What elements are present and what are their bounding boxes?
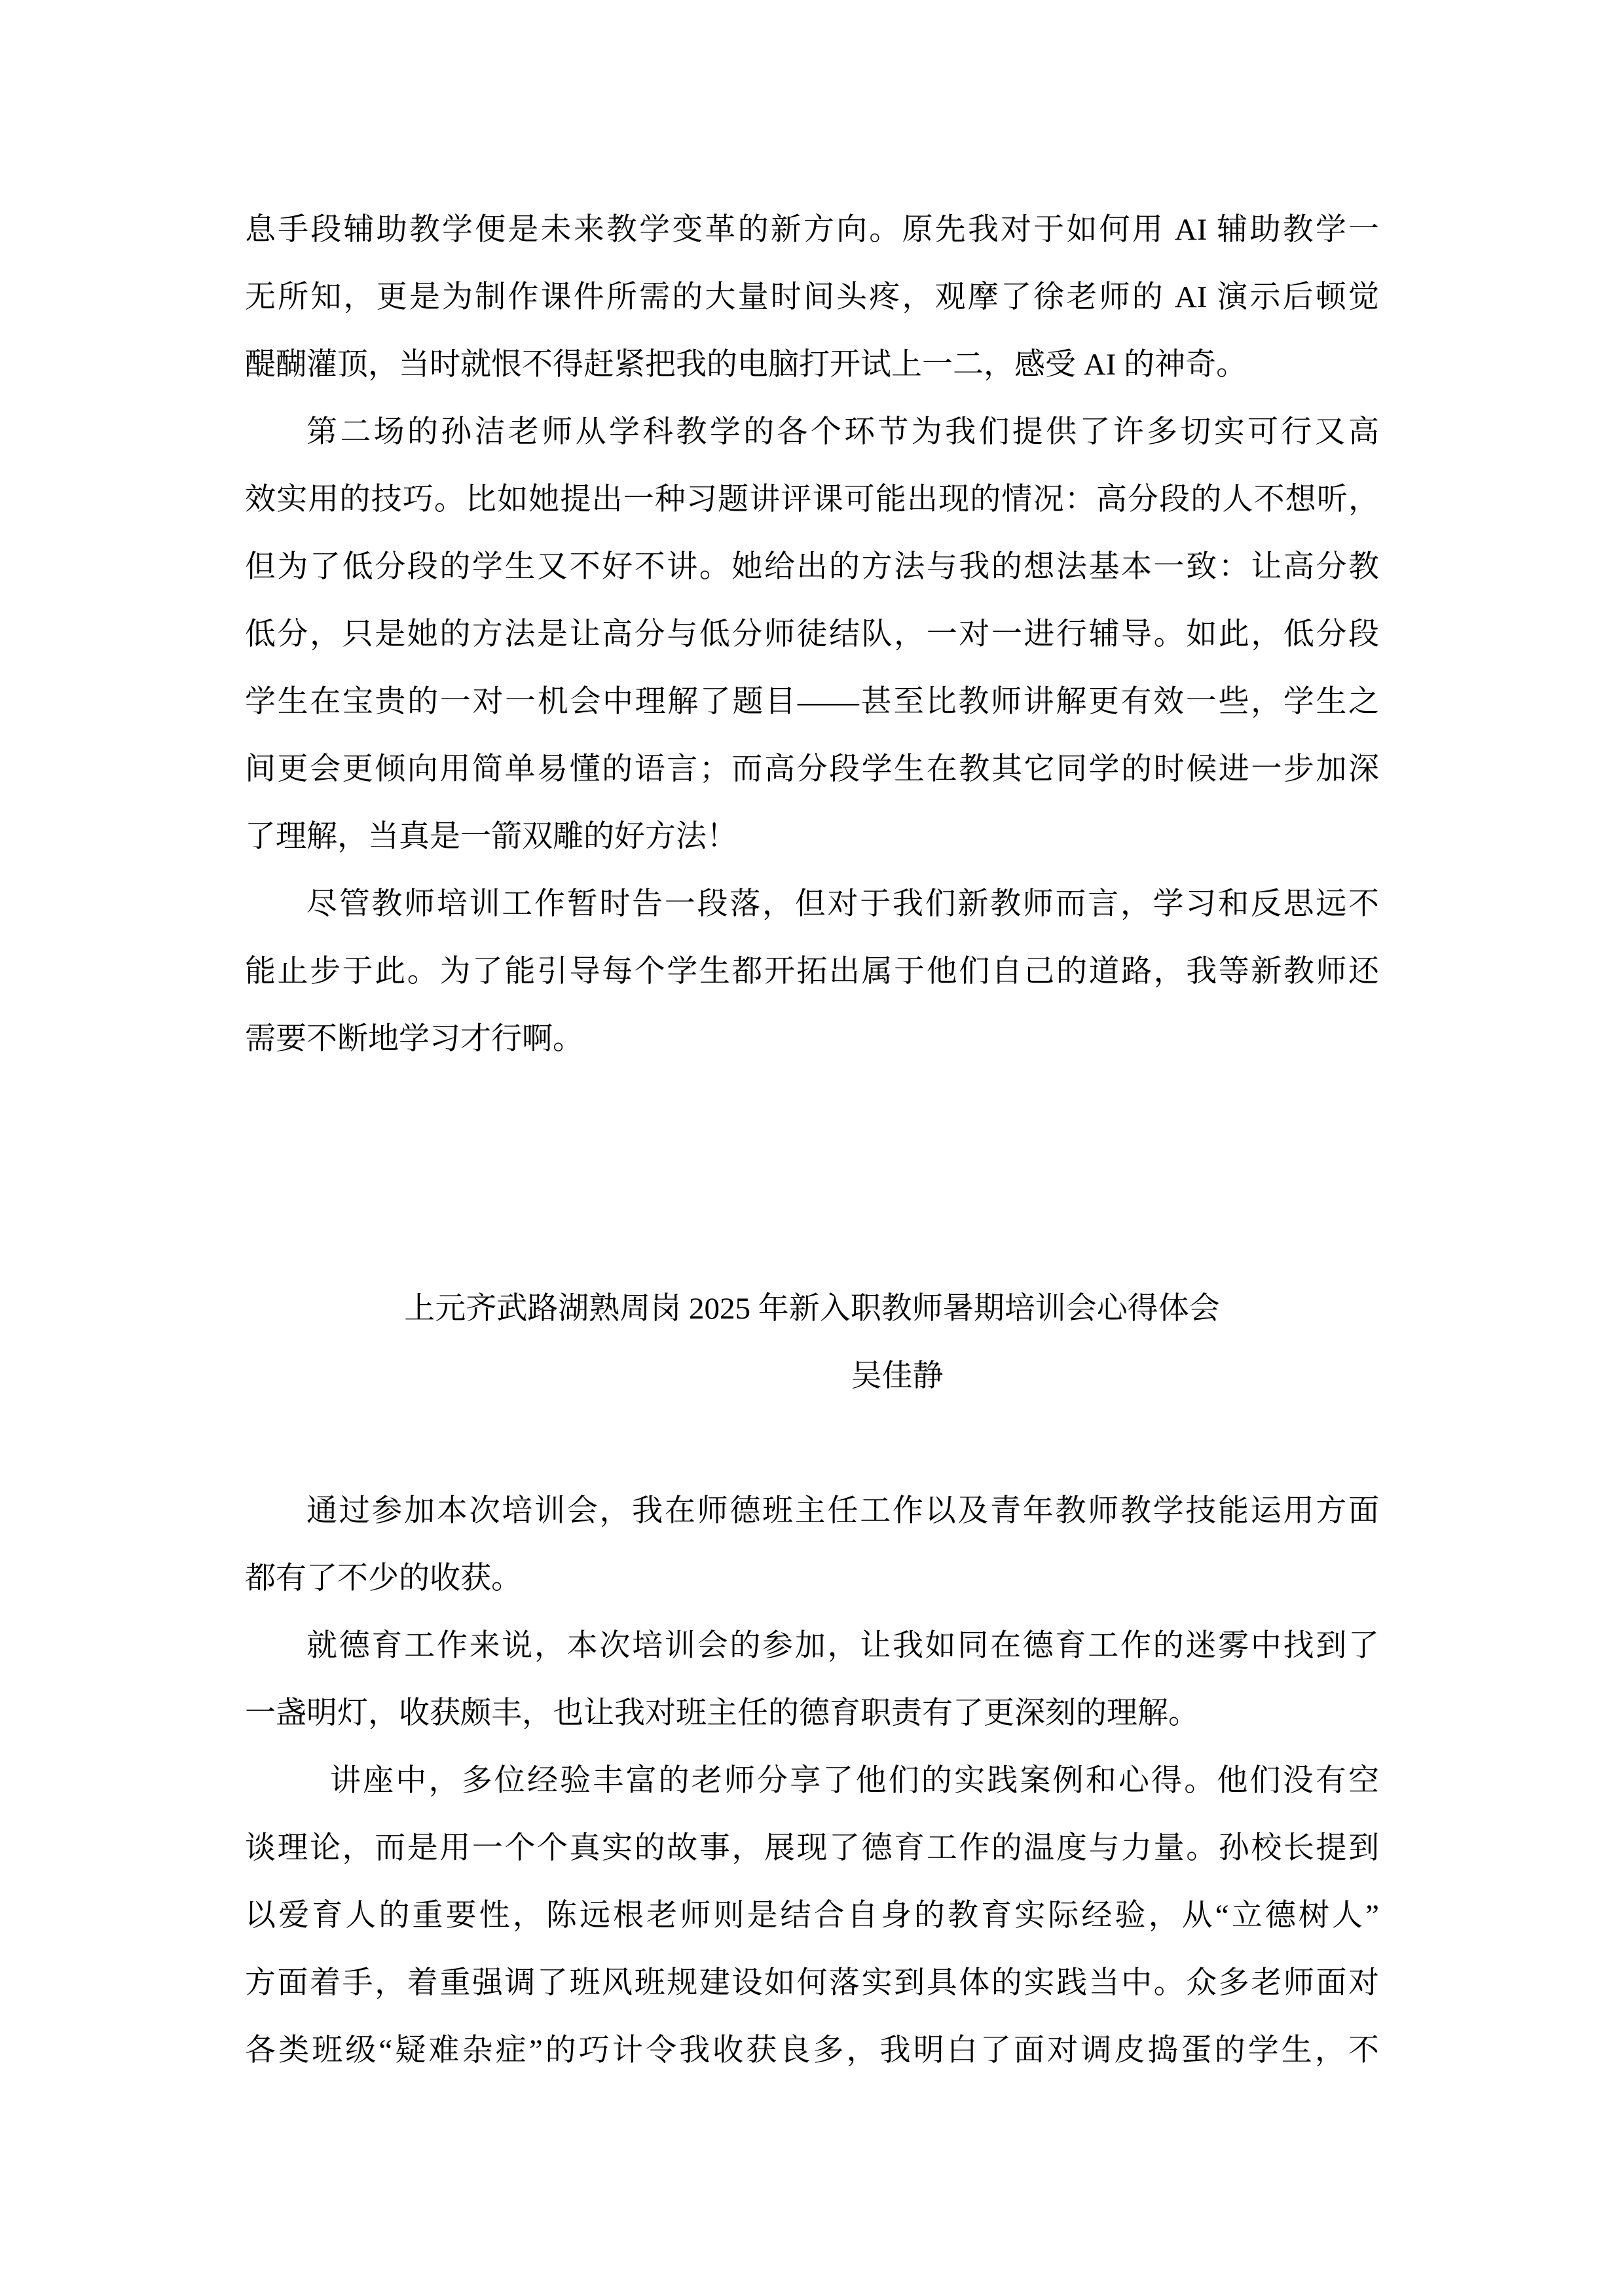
body-line: 第二场的孙洁老师从学科教学的各个环节为我们提供了许多切实可行又高 — [245, 399, 1379, 466]
document-page: 息手段辅助教学便是未来教学变革的新方向。原先我对于如何用 AI 辅助教学一 无所… — [0, 0, 1624, 2296]
body-line: 醍醐灌顶，当时就恨不得赶紧把我的电脑打开试上一二，感受 AI 的神奇。 — [245, 331, 1379, 399]
body-line: 方面着手，着重强调了班风班规建设如何落实到具体的实践当中。众多老师面对 — [245, 1950, 1379, 2017]
body-line: 效实用的技巧。比如她提出一种习题讲评课可能出现的情况：高分段的人不想听， — [245, 466, 1379, 534]
body-line: 一盏明灯，收获颇丰，也让我对班主任的德育职责有了更深刻的理解。 — [245, 1680, 1379, 1747]
body-line: 了理解，当真是一箭双雕的好方法！ — [245, 803, 1379, 871]
body-line: 息手段辅助教学便是未来教学变革的新方向。原先我对于如何用 AI 辅助教学一 — [245, 196, 1379, 264]
body-line: 需要不断地学习才行啊。 — [245, 1006, 1379, 1073]
body-line: 就德育工作来说，本次培训会的参加，让我如同在德育工作的迷雾中找到了 — [245, 1613, 1379, 1680]
essay-title: 上元齐武路湖熟周岗 2025 年新入职教师暑期培训会心得体会 — [245, 1275, 1379, 1343]
body-line: 低分，只是她的方法是让高分与低分师徒结队，一对一进行辅导。如此，低分段 — [245, 601, 1379, 668]
body-line: 都有了不少的收获。 — [245, 1545, 1379, 1613]
body-line: 能止步于此。为了能引导每个学生都开拓出属于他们自己的道路，我等新教师还 — [245, 938, 1379, 1006]
body-line: 以爱育人的重要性，陈远根老师则是结合自身的教育实际经验，从“立德树人” — [245, 1882, 1379, 1950]
body-line: 讲座中，多位经验丰富的老师分享了他们的实践案例和心得。他们没有空 — [245, 1747, 1379, 1815]
body-line: 学生在宝贵的一对一机会中理解了题目——甚至比教师讲解更有效一些，学生之 — [245, 668, 1379, 736]
body-line: 尽管教师培训工作暂时告一段落，但对于我们新教师而言，学习和反思远不 — [245, 871, 1379, 938]
body-line: 各类班级“疑难杂症”的巧计令我收获良多，我明白了面对调皮捣蛋的学生，不 — [245, 2017, 1379, 2085]
body-line: 通过参加本次培训会，我在师德班主任工作以及青年教师教学技能运用方面 — [245, 1478, 1379, 1545]
body-line: 无所知，更是为制作课件所需的大量时间头疼，观摩了徐老师的 AI 演示后顿觉 — [245, 264, 1379, 331]
essay-author: 吴佳静 — [415, 1343, 1379, 1410]
body-line: 但为了低分段的学生又不好不讲。她给出的方法与我的想法基本一致：让高分教 — [245, 534, 1379, 601]
body-line: 间更会更倾向用简单易懂的语言；而高分段学生在教其它同学的时候进一步加深 — [245, 736, 1379, 803]
body-line: 谈理论，而是用一个个真实的故事，展现了德育工作的温度与力量。孙校长提到 — [245, 1815, 1379, 1882]
